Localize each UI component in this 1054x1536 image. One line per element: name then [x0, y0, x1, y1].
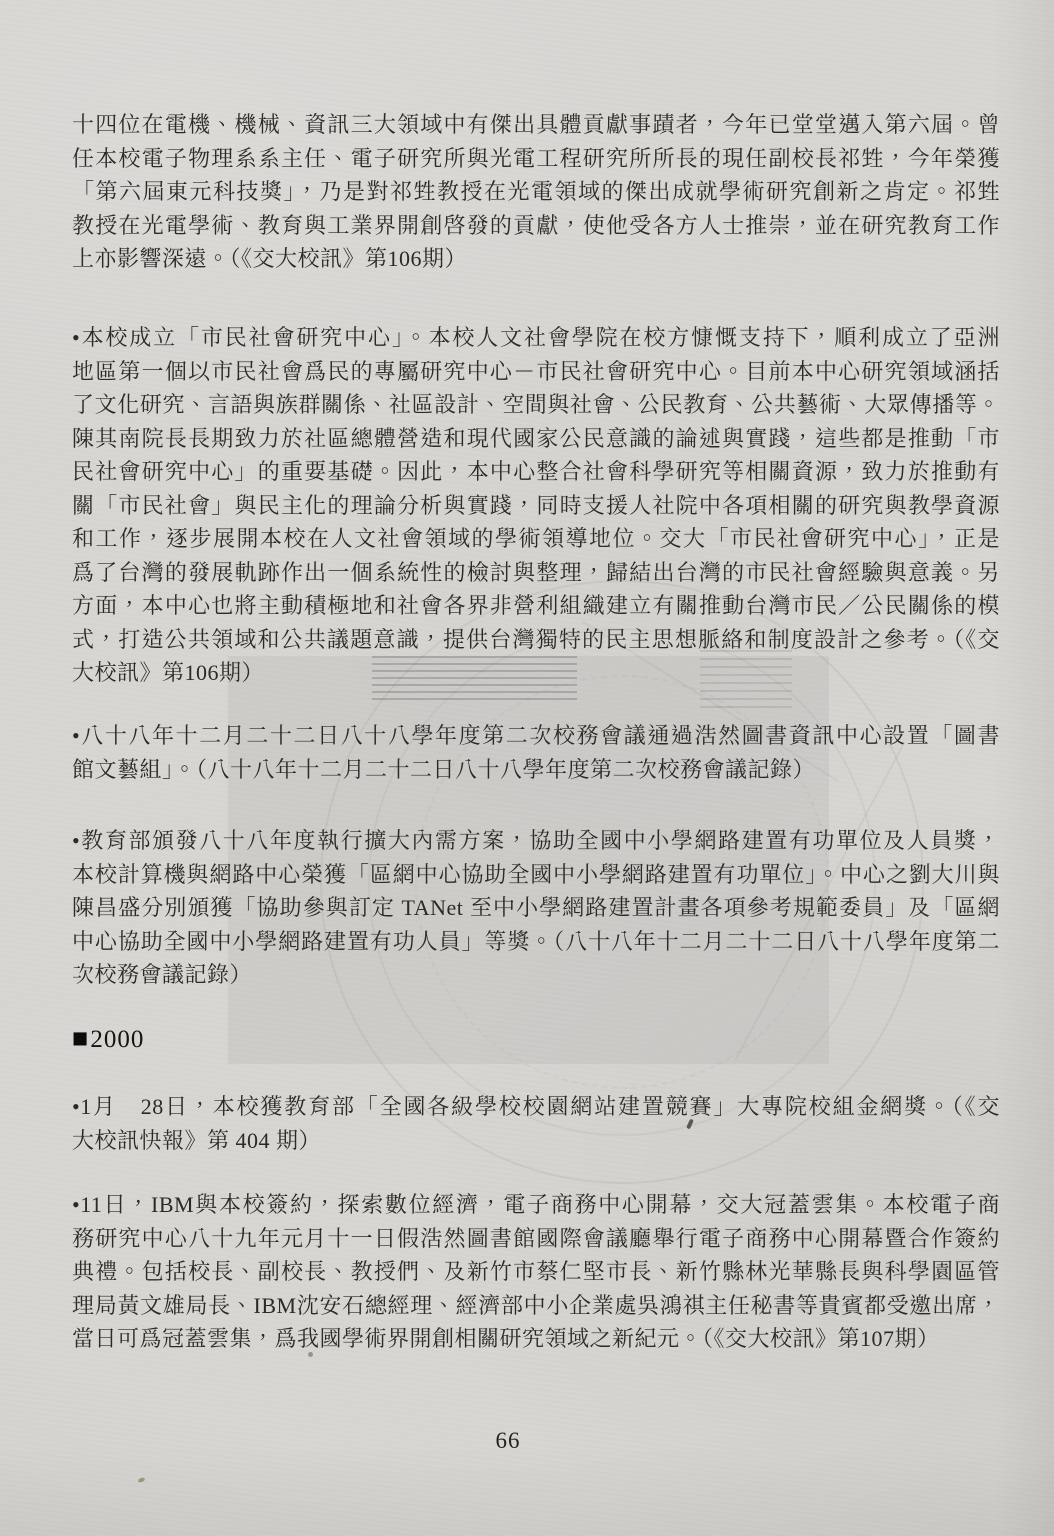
paragraph-moe-network-award: •教育部頒發八十八年度執行擴大內需方案，協助全國中小學網路建置有功單位及人員獎，… [72, 824, 1000, 992]
text-line: •11日，IBM與本校簽約，探索數位經濟，電子商務中心開幕，交大冠蓋雲集。本校電… [72, 1188, 1000, 1222]
text-line: 上亦影響深遠。（《交大校訊》第106期） [72, 242, 1000, 276]
text-line: •本校成立「市民社會研究中心」。本校人文社會學院在校方慷慨支持下，順利成立了亞洲 [72, 321, 1000, 355]
text-line: 民社會研究中心」的重要基礎。因此，本中心整合社會科學研究等相關資源，致力於推動有 [72, 455, 1000, 489]
page-number: 66 [0, 1428, 1016, 1454]
scanned-page: 十四位在電機、機械、資訊三大領域中有傑出具體貢獻事蹟者，今年已堂堂邁入第六屆。曾… [0, 0, 1054, 1536]
text-line: 大校訊快報》第 404 期） [72, 1124, 1000, 1158]
text-line: 「第六屆東元科技獎」，乃是對祁甡教授在光電領域的傑出成就學術研究創新之肯定。祁甡 [72, 175, 1000, 209]
text-line: 當日可爲冠蓋雲集，爲我國學術界開創相關研究領域之新紀元。（《交大校訊》第107期… [72, 1322, 1000, 1356]
text-line: 館文藝組」。（八十八年十二月二十二日八十八學年度第二次校務會議記錄） [72, 753, 1000, 787]
text-line: 本校計算機與網路中心榮獲「區網中心協助全國中小學網路建置有功單位」。中心之劉大川… [72, 858, 1000, 892]
paragraph-civil-society-research-center: •本校成立「市民社會研究中心」。本校人文社會學院在校方慷慨支持下，順利成立了亞洲… [72, 321, 1000, 690]
text-line: 了文化研究、言語與族群關係、社區設計、空間與社會、公民教育、公共藝術、大眾傳播等… [72, 388, 1000, 422]
square-bullet-icon: ■ [72, 1023, 89, 1053]
paragraph-library-arts-group: •八十八年十二月二十二日八十八學年度第二次校務會議通過浩然圖書資訊中心設置「圖書… [72, 719, 1000, 786]
scan-speck [138, 1477, 146, 1483]
text-line: 方面，本中心也將主動積極地和社會各界非營利組織建立有關推動台灣市民／公民關係的模 [72, 589, 1000, 623]
text-line: 中心協助全國中小學網路建置有功人員」等獎。（八十八年十二月二十二日八十八學年度第… [72, 925, 1000, 959]
text-line: 任本校電子物理系系主任、電子研究所與光電工程研究所所長的現任副校長祁甡，今年榮獲 [72, 142, 1000, 176]
text-line: 理局黃文雄局長、IBM沈安石總經理、經濟部中小企業處吳鴻祺主任秘書等貴賓都受邀出… [72, 1289, 1000, 1323]
text-line: •八十八年十二月二十二日八十八學年度第二次校務會議通過浩然圖書資訊中心設置「圖書 [72, 719, 1000, 753]
section-heading-2000: ■2000 [72, 1022, 144, 1056]
paragraph-continuation-teco-award: 十四位在電機、機械、資訊三大領域中有傑出具體貢獻事蹟者，今年已堂堂邁入第六屆。曾… [72, 108, 1000, 276]
text-line: 十四位在電機、機械、資訊三大領域中有傑出具體貢獻事蹟者，今年已堂堂邁入第六屆。曾 [72, 108, 1000, 142]
text-line: 地區第一個以市民社會爲民的專屬研究中心－市民社會研究中心。目前本中心研究領域涵括 [72, 355, 1000, 389]
text-line: 關「市民社會」與民主化的理論分析與實踐，同時支援人社院中各項相關的研究與教學資源 [72, 489, 1000, 523]
text-line: 爲了台灣的發展軌跡作出一個系統性的檢討與整理，歸結出台灣的市民社會經驗與意義。另 [72, 556, 1000, 590]
text-line: 務研究中心八十九年元月十一日假浩然圖書館國際會議廳舉行電子商務中心開幕暨合作簽約 [72, 1222, 1000, 1256]
text-line: 陳其南院長長期致力於社區總體營造和現代國家公民意識的論述與實踐，這些都是推動「市 [72, 422, 1000, 456]
text-line: •教育部頒發八十八年度執行擴大內需方案，協助全國中小學網路建置有功單位及人員獎， [72, 824, 1000, 858]
text-line: 教授在光電學術、教育與工業界開創啓發的貢獻，使他受各方人士推崇，並在研究教育工作 [72, 209, 1000, 243]
text-line: 典禮。包括校長、副校長、教授們、及新竹市蔡仁堅市長、新竹縣林光華縣長與科學園區管 [72, 1255, 1000, 1289]
text-line: 式，打造公共領域和公共議題意識，提供台灣獨特的民主思想脈絡和制度設計之參考。（《… [72, 623, 1000, 657]
text-line: 大校訊》第106期） [72, 656, 1000, 690]
section-heading-label: 2000 [90, 1026, 144, 1053]
text-line: 次校務會議記錄） [72, 958, 1000, 992]
text-line: •1月 28日，本校獲教育部「全國各級學校校園網站建置競賽」大專院校組金網獎。（… [72, 1090, 1000, 1124]
text-line: 陳昌盛分別頒獲「協助參與訂定 TANet 至中小學網路建置計畫各項參考規範委員」… [72, 891, 1000, 925]
paragraph-golden-web-award: •1月 28日，本校獲教育部「全國各級學校校園網站建置競賽」大專院校組金網獎。（… [72, 1090, 1000, 1157]
paragraph-ibm-ecommerce-center: •11日，IBM與本校簽約，探索數位經濟，電子商務中心開幕，交大冠蓋雲集。本校電… [72, 1188, 1000, 1356]
text-line: 和工作，逐步展開本校在人文社會領域的學術領導地位。交大「市民社會研究中心」，正是 [72, 522, 1000, 556]
